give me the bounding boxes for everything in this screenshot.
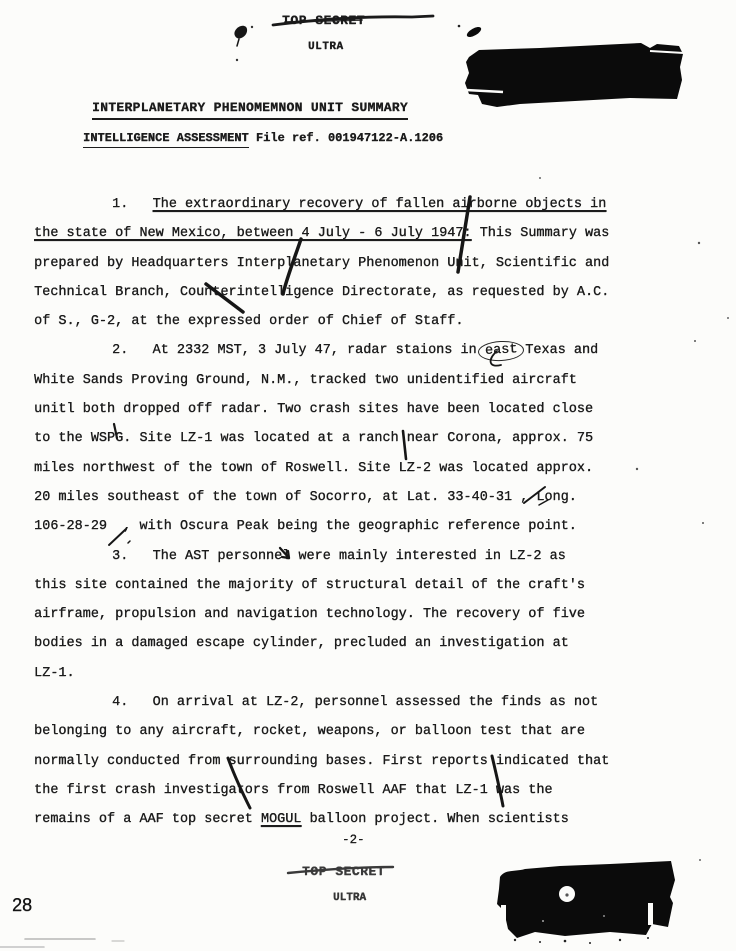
page-number: -2- (342, 833, 365, 847)
underlined-text-segment: the state of New Mexico, between 4 July … (34, 226, 471, 241)
book-page-number: 28 (12, 895, 32, 916)
redaction-block-top-right (458, 25, 684, 107)
text-line: White Sands Proving Ground, N.M., tracke… (34, 366, 609, 395)
redaction-fringe-speckles (514, 937, 649, 944)
text-line: Technical Branch, Counterintelligence Di… (34, 278, 609, 307)
text-segment: 2. At 2332 MST, 3 July 47, radar staions… (112, 343, 485, 358)
underlined-text-segment: The extraordinary recovery of fallen air… (153, 197, 607, 212)
document-body: 1. The extraordinary recovery of fallen … (34, 190, 609, 835)
text-segment: LZ-1. (34, 666, 75, 681)
assessment-line: INTELLIGENCE ASSESSMENT File ref. 001947… (83, 131, 443, 145)
text-line: 2. At 2332 MST, 3 July 47, radar staions… (34, 336, 609, 365)
text-segment: Texas and (517, 343, 598, 358)
text-line: remains of a AAF top secret MOGUL balloo… (34, 805, 609, 834)
text-segment: unitl both dropped off radar. Two crash … (34, 402, 593, 417)
text-segment: Technical Branch, Counterintelligence Di… (34, 285, 609, 300)
text-line: the first crash investigators from Roswe… (34, 776, 609, 805)
text-line: unitl both dropped off radar. Two crash … (34, 395, 609, 424)
document-title: INTERPLANETARY PHENOMEMNON UNIT SUMMARY (92, 100, 408, 120)
text-segment: prepared by Headquarters Interplanetary … (34, 256, 609, 271)
text-segment: 20 miles southeast of the town of Socorr… (34, 490, 577, 505)
text-line: airframe, propulsion and navigation tech… (34, 600, 609, 629)
text-line: prepared by Headquarters Interplanetary … (34, 249, 609, 278)
text-line: LZ-1. (34, 659, 609, 688)
text-line: 4. On arrival at LZ-2, personnel assesse… (34, 688, 609, 717)
text-segment: remains of a AAF top secret (34, 812, 261, 827)
ink-blob-apostrophe (234, 26, 247, 39)
assessment-label: INTELLIGENCE ASSESSMENT (83, 131, 249, 148)
text-segment: normally conducted from surrounding base… (34, 754, 609, 769)
top-secret-stamp: TOP SECRET (282, 13, 365, 28)
text-segment: miles northwest of the town of Roswell. … (34, 461, 593, 476)
scanner-edge-lines (0, 939, 124, 947)
underlined-text-segment: MOGUL (261, 812, 302, 827)
text-segment: White Sands Proving Ground, N.M., tracke… (34, 373, 577, 388)
text-line: belonging to any aircraft, rocket, weapo… (34, 717, 609, 746)
text-line: 20 miles southeast of the town of Socorr… (34, 483, 609, 512)
text-line: 1. The extraordinary recovery of fallen … (34, 190, 609, 219)
text-segment: balloon project. When scientists (301, 812, 568, 827)
text-line: to the WSPG. Site LZ-1 was located at a … (34, 424, 609, 453)
text-line: 3. The AST personnel were mainly interes… (34, 542, 609, 571)
text-segment: the first crash investigators from Roswe… (34, 783, 552, 798)
text-segment: 106-28-29 , with Oscura Peak being the g… (34, 519, 577, 534)
circled-word: east (477, 340, 524, 362)
text-line: 106-28-29 , with Oscura Peak being the g… (34, 512, 609, 541)
text-segment: 3. The AST personnel were mainly interes… (112, 549, 566, 564)
text-segment: 1. (112, 197, 153, 212)
text-segment: to the WSPG. Site LZ-1 was located at a … (34, 431, 593, 446)
text-segment: of S., G-2, at the expressed order of Ch… (34, 314, 463, 329)
text-segment: This Summary was (471, 226, 609, 241)
redaction-block-bottom-right (497, 861, 675, 944)
text-segment: belonging to any aircraft, rocket, weapo… (34, 724, 585, 739)
file-ref: File ref. 001947122-A.1206 (249, 131, 443, 145)
footer-ultra-stamp: ULTRA (333, 892, 366, 904)
document-page: TOP SECRET ULTRA INTERPLANETARY PHENOMEM… (0, 0, 736, 951)
footer-top-secret-stamp: TOP SECRET (302, 864, 385, 879)
ultra-stamp: ULTRA (308, 41, 344, 53)
text-line: bodies in a damaged escape cylinder, pre… (34, 629, 609, 658)
text-line: of S., G-2, at the expressed order of Ch… (34, 307, 609, 336)
text-line: normally conducted from surrounding base… (34, 747, 609, 776)
text-line: miles northwest of the town of Roswell. … (34, 454, 609, 483)
text-segment: bodies in a damaged escape cylinder, pre… (34, 636, 569, 651)
text-line: this site contained the majority of stru… (34, 571, 609, 600)
text-segment: this site contained the majority of stru… (34, 578, 585, 593)
text-segment: airframe, propulsion and navigation tech… (34, 607, 585, 622)
text-segment: 4. On arrival at LZ-2, personnel assesse… (112, 695, 598, 710)
text-line: the state of New Mexico, between 4 July … (34, 219, 609, 248)
